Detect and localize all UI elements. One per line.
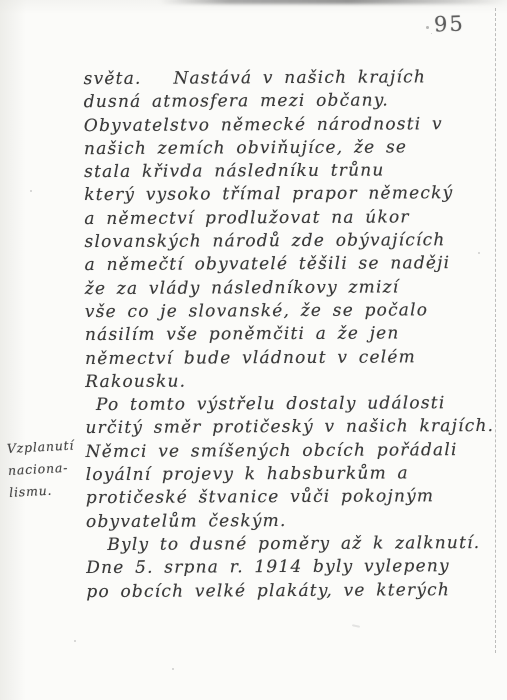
manuscript-line: obyvatelům českým. xyxy=(86,509,491,534)
manuscript-line: Němci ve smíšených obcích pořádali xyxy=(86,439,491,464)
manuscript-line: Byly to dusné poměry až k zalknutí. xyxy=(86,532,491,557)
paper-speck xyxy=(74,640,76,642)
margin-note: Vzplanutí naciona- lismu. xyxy=(6,434,84,504)
margin-note-line: Vzplanutí xyxy=(6,434,82,460)
manuscript-line: protičeské štvanice vůči pokojným xyxy=(86,485,491,510)
stamp-ink-specks xyxy=(426,26,429,29)
manuscript-line: Rakousku. xyxy=(85,369,490,394)
manuscript-text-block: světa. Nastává v našich krajích dusná at… xyxy=(84,66,492,604)
paper-speck xyxy=(30,190,32,192)
manuscript-line: loyální projevy k habsburkům a xyxy=(86,462,491,487)
manuscript-line: násilím vše poněmčiti a že jen xyxy=(85,322,490,347)
manuscript-line: určitý směr protičeský v našich krajích. xyxy=(85,415,490,440)
manuscript-line: který vysoko třímal prapor německý xyxy=(84,182,489,207)
manuscript-line: vše co je slovanské, že se počalo xyxy=(85,299,490,324)
manuscript-line: slovanských národů zde obývajících xyxy=(84,229,489,254)
manuscript-line: Po tomto výstřelu dostaly události xyxy=(85,392,490,417)
manuscript-line: Obyvatelstvo německé národnosti v xyxy=(84,113,489,138)
manuscript-line: světa. Nastává v našich krajích xyxy=(84,66,489,91)
margin-note-line: lismu. xyxy=(9,478,85,504)
manuscript-line: a němečtí obyvatelé těšili se naději xyxy=(85,252,490,277)
manuscript-line: dusná atmosfera mezi občany. xyxy=(84,89,489,114)
paper-speck xyxy=(172,668,174,670)
manuscript-line: po obcích velké plakáty, ve kterých xyxy=(86,578,491,603)
scan-edge-smudge xyxy=(160,0,505,4)
scanned-manuscript-page: 95 světa. Nastává v našich krajích dusná… xyxy=(0,0,507,700)
manuscript-line: Dne 5. srpna r. 1914 byly vylepeny xyxy=(86,555,491,580)
paper-speck xyxy=(352,624,360,628)
manuscript-line: němectví bude vládnout v celém xyxy=(85,346,490,371)
page-edge-line xyxy=(495,8,496,653)
manuscript-line: a němectví prodlužovat na úkor xyxy=(84,206,489,231)
manuscript-line: stala křivda následníku trůnu xyxy=(84,159,489,184)
manuscript-line: že za vlády následníkovy zmizí xyxy=(85,276,490,301)
manuscript-line: našich zemích obviňujíce, že se xyxy=(84,136,489,161)
page-number-stamp: 95 xyxy=(434,11,466,36)
paper-speck xyxy=(478,252,480,254)
